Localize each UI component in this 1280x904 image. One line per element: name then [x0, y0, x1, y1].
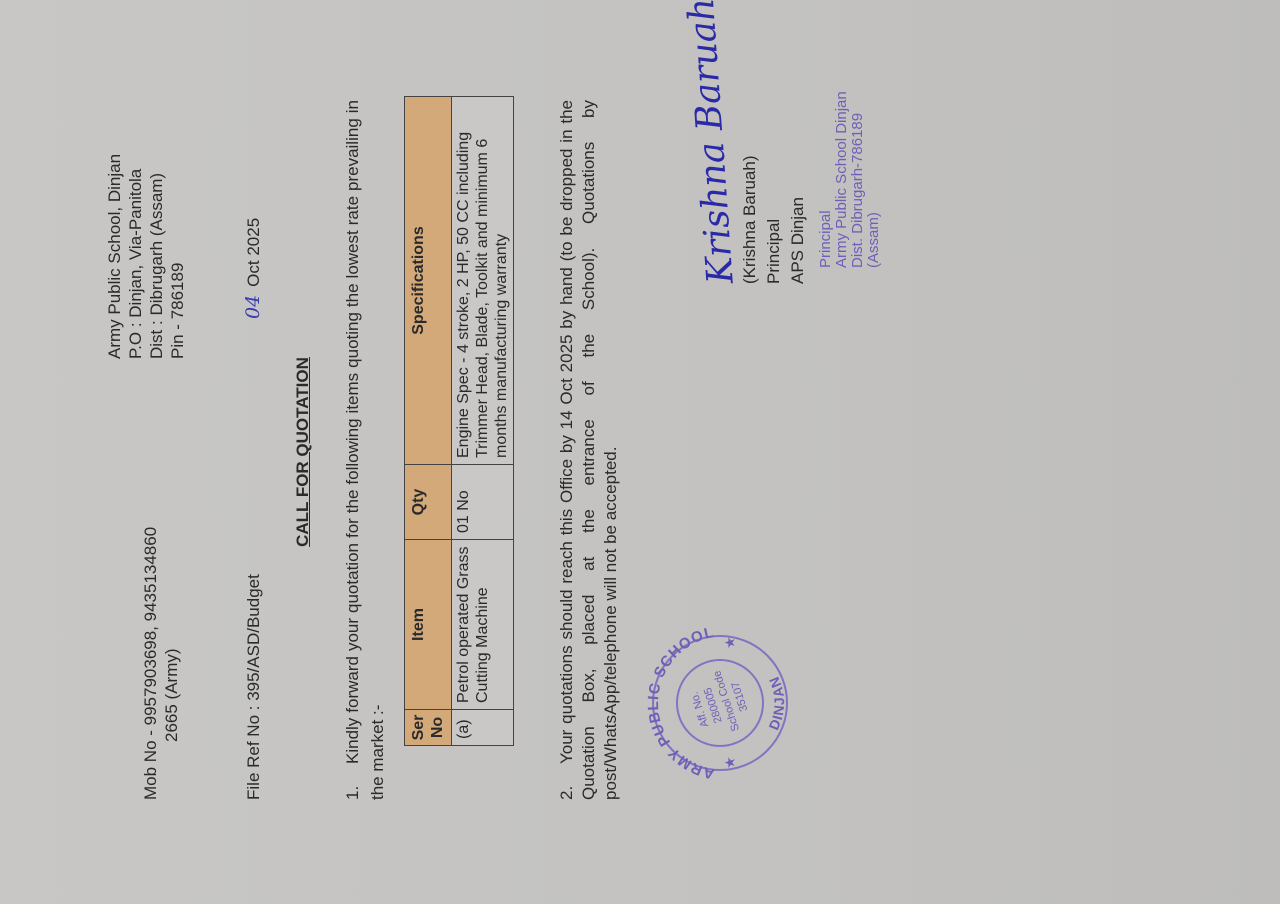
stamp-star-icon: ★	[723, 757, 737, 768]
date-month-year: Oct 2025	[244, 218, 263, 287]
table-row: (a) Petrol operated Grass Cutting Machin…	[452, 97, 514, 746]
date-day-handwritten: 04	[242, 295, 264, 319]
address-line: Pin - 786189	[167, 154, 188, 359]
mobile-line-2: 2665 (Army)	[161, 527, 182, 800]
stamp-star-icon: ★	[723, 637, 737, 648]
school-stamp: ARMY PUBLIC SCHOOL DINJAN ★ ★ Aff. No. 2…	[640, 614, 790, 792]
table-header-row: Ser No Item Qty Specifications	[405, 97, 452, 746]
paragraph-text: Kindly forward your quotation for the fo…	[343, 100, 387, 800]
paragraph-1: 1.Kindly forward your quotation for the …	[340, 100, 390, 800]
signatory-org: APS Dinjan	[786, 155, 810, 284]
mobile-numbers: Mob No - 9957903698, 9435134860 2665 (Ar…	[140, 527, 182, 800]
items-table: Ser No Item Qty Specifications (a) Petro…	[404, 96, 514, 746]
file-reference: File Ref No : 395/ASD/Budget	[243, 574, 264, 800]
cell-item: Petrol operated Grass Cutting Machine	[452, 540, 514, 710]
header-item: Item	[405, 540, 452, 710]
paragraph-2: 2.Your quotations should reach this Offi…	[556, 100, 622, 800]
signature: Krishna Baruah .	[690, 0, 731, 284]
cell-qty: 01 No	[452, 465, 514, 540]
header-qty: Qty	[405, 465, 452, 540]
header-ser-no: Ser No	[405, 710, 452, 746]
school-address: Army Public School, Dinjan P.O : Dinjan,…	[104, 154, 188, 359]
letter-date: 04Oct 2025	[243, 218, 264, 319]
mobile-line-1: Mob No - 9957903698, 9435134860	[140, 527, 161, 800]
paragraph-text: Your quotations should reach this Office…	[557, 100, 620, 800]
address-line: P.O : Dinjan, Via-Panitola	[125, 154, 146, 359]
paragraph-number: 2.	[556, 764, 578, 800]
signatory-block: (Krishna Baruah) Principal APS Dinjan	[738, 155, 810, 284]
handwritten-signature: Krishna Baruah .	[679, 0, 741, 285]
address-line: Dist : Dibrugarh (Assam)	[146, 154, 167, 359]
cell-spec: Engine Spec - 4 stroke, 2 HP, 50 CC incl…	[452, 97, 514, 465]
document-page: Mob No - 9957903698, 9435134860 2665 (Ar…	[0, 0, 1280, 904]
address-line: Army Public School, Dinjan	[104, 154, 125, 359]
paragraph-number: 1.	[340, 764, 365, 800]
seal-line: Army Public School Dinjan	[834, 91, 850, 268]
seal-line: (Assam)	[866, 91, 882, 268]
signatory-designation: Principal	[762, 155, 786, 284]
seal-line: Principal	[818, 91, 834, 268]
seal-line: Dist. Dibrugarh-786189	[850, 91, 866, 268]
cell-ser: (a)	[452, 710, 514, 746]
header-specifications: Specifications	[405, 97, 452, 465]
signatory-name: (Krishna Baruah)	[738, 155, 762, 284]
principal-seal: Principal Army Public School Dinjan Dist…	[818, 91, 882, 268]
document-title: CALL FOR QUOTATION	[293, 0, 313, 904]
